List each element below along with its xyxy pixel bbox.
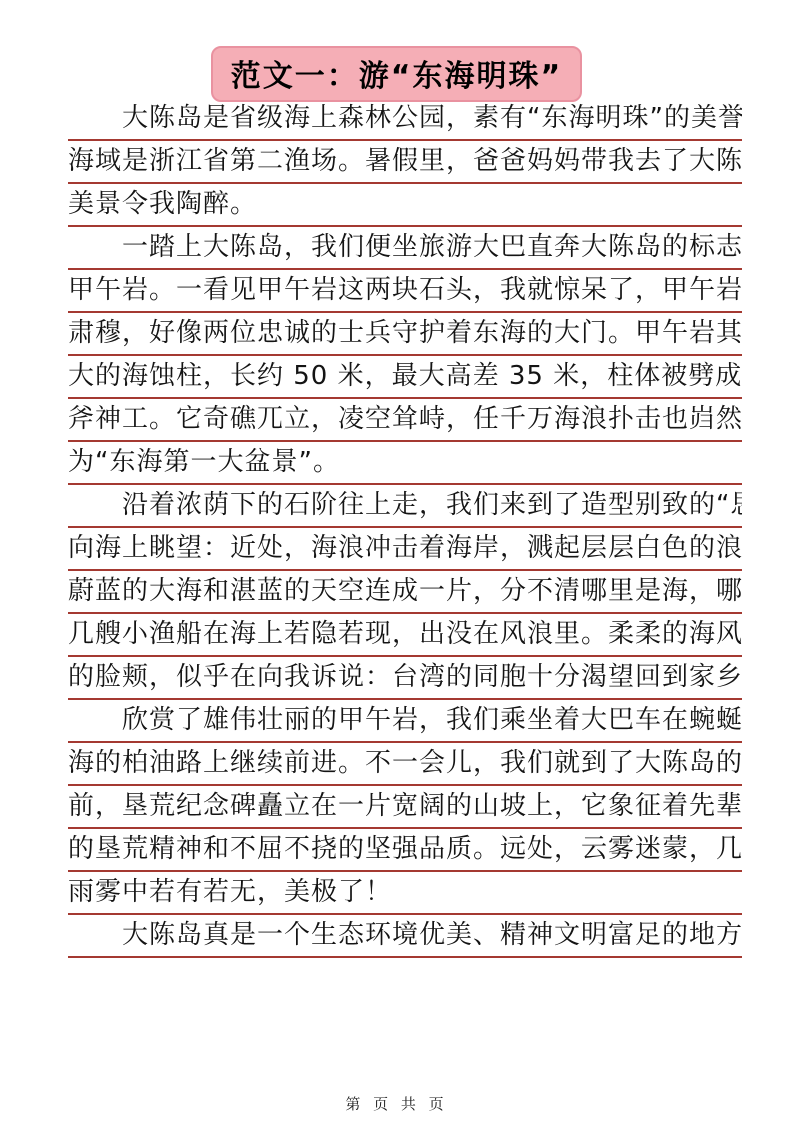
essay-line: 几艘小渔船在海上若隐若现，出没在风浪里。柔柔的海风轻轻拂过我	[68, 614, 742, 657]
essay-line: 大陈岛是省级海上森林公园，素有“东海明珠”的美誉，其周边	[68, 98, 742, 141]
page-footer: 第 页 共 页	[0, 1093, 793, 1114]
essay-line: 蔚蓝的大海和湛蓝的天空连成一片，分不清哪里是海，哪里是天，有	[68, 571, 742, 614]
essay-line: 沿着浓荫下的石阶往上走，我们来到了造型别致的“思归亭”，	[68, 485, 742, 528]
essay-line: 斧神工。它奇礁兀立，凌空耸峙，任千万海浪扑击也岿然不动，被誉	[68, 399, 742, 442]
essay-line: 大陈岛真是一个生态环境优美、精神文明富足的地方！	[68, 915, 742, 958]
essay-line: 欣赏了雄伟壮丽的甲午岩，我们乘坐着大巴车在蜿蜒的、依山傍	[68, 700, 742, 743]
essay-lines: 大陈岛是省级海上森林公园，素有“东海明珠”的美誉，其周边海域是浙江省第二渔场。暑…	[68, 98, 742, 958]
essay-line: 甲午岩。一看见甲午岩这两块石头，我就惊呆了，甲午岩看起来非常	[68, 270, 742, 313]
essay-line: 雨雾中若有若无，美极了！	[68, 872, 742, 915]
essay-line: 肃穆，好像两位忠诚的士兵守护着东海的大门。甲午岩其实是一个巨	[68, 313, 742, 356]
essay-line: 海的柏油路上继续前进。不一会儿，我们就到了大陈岛的垦荒纪念碑	[68, 743, 742, 786]
title-row: 范文一：游“东海明珠”	[0, 0, 793, 102]
essay-line: 的垦荒精神和不屈不挠的坚强品质。远处，云雾迷蒙，几座小岛屿在	[68, 829, 742, 872]
essay-line: 美景令我陶醉。	[68, 184, 742, 227]
essay-title-highlight: 范文一：游“东海明珠”	[211, 46, 582, 102]
essay-line: 的脸颊，似乎在向我诉说：台湾的同胞十分渴望回到家乡。	[68, 657, 742, 700]
essay-line: 一踏上大陈岛，我们便坐旅游大巴直奔大陈岛的标志性景点——	[68, 227, 742, 270]
essay-line: 大的海蚀柱，长约 50 米，最大高差 35 米，柱体被劈成两截，真是鬼	[68, 356, 742, 399]
document-page: 范文一：游“东海明珠” 大陈岛是省级海上森林公园，素有“东海明珠”的美誉，其周边…	[0, 0, 793, 1122]
essay-line: 海域是浙江省第二渔场。暑假里，爸爸妈妈带我去了大陈岛，那里的	[68, 141, 742, 184]
essay-line: 向海上眺望：近处，海浪冲击着海岸，溅起层层白色的浪花：远处，	[68, 528, 742, 571]
essay-line: 为“东海第一大盆景”。	[68, 442, 742, 485]
essay-line: 前，垦荒纪念碑矗立在一片宽阔的山坡上，它象征着先辈们无私奉献	[68, 786, 742, 829]
